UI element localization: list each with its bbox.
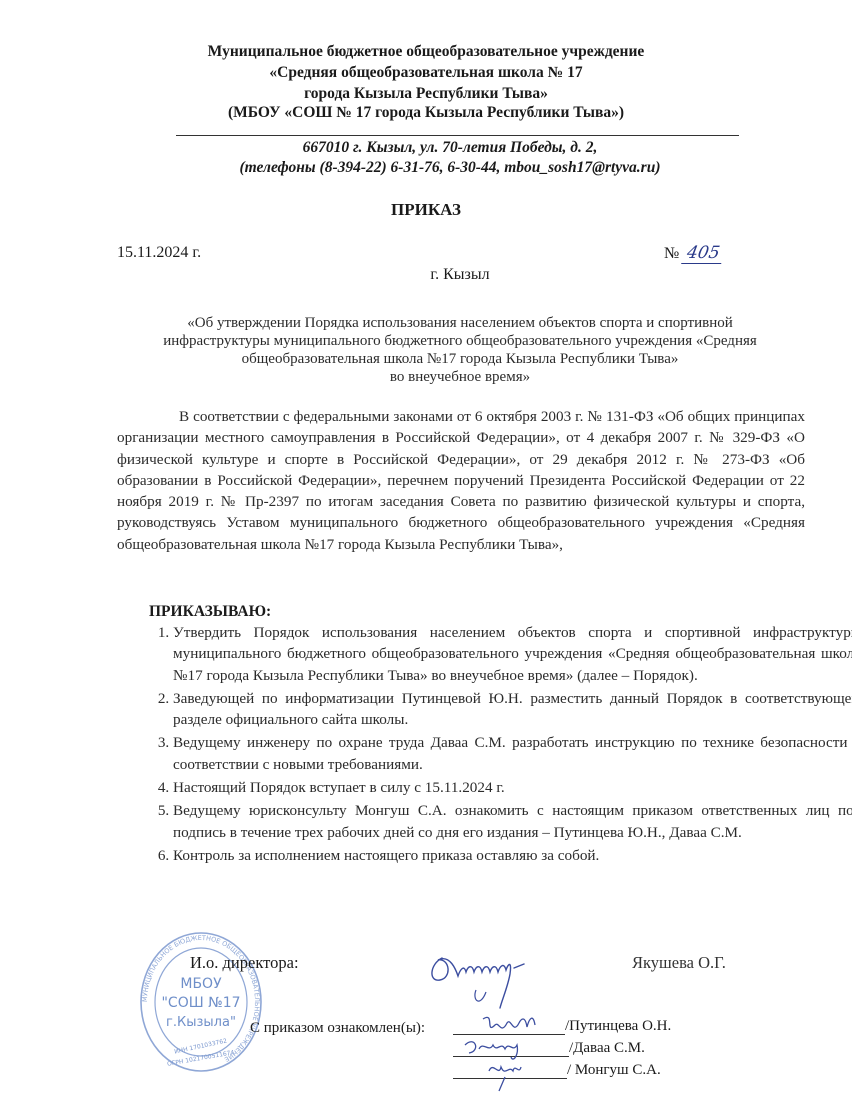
org-name-line2: «Средняя общеобразовательная школа № 17 [0, 62, 852, 83]
number-value: 405 [681, 243, 725, 264]
number-label: № [664, 245, 679, 262]
document-title: ПРИКАЗ [0, 200, 852, 220]
official-stamp-icon: МУНИЦИПАЛЬНОЕ БЮДЖЕТНОЕ ОБЩЕОБРАЗОВАТЕЛЬ… [138, 930, 264, 1074]
acknowledged-person: /Путинцева О.Н. [565, 1018, 671, 1035]
order-item: Контроль за исполнением настоящего прика… [173, 845, 852, 866]
order-number: № 405 [664, 243, 724, 264]
org-name-line3: города Кызыла Республики Тыва» [0, 83, 852, 104]
stamp-line2: "СОШ №17 [161, 995, 240, 1011]
preamble-text: В соответствии с федеральными законами о… [117, 406, 805, 555]
order-date: 15.11.2024 г. [117, 244, 201, 262]
acknowledgement-signatures-icon [455, 1005, 575, 1095]
org-short-name: (МБОУ «СОШ № 17 города Кызыла Республики… [0, 102, 852, 123]
acknowledged-person: / Монгуш С.А. [567, 1062, 661, 1079]
order-city: г. Кызыл [0, 266, 852, 284]
contacts-line: (телефоны (8-394-22) 6-31-76, 6-30-44, m… [0, 157, 852, 178]
org-name-line1: Муниципальное бюджетное общеобразователь… [0, 41, 852, 62]
order-item: Настоящий Порядок вступает в силу с 15.1… [173, 777, 852, 798]
order-item: Ведущему юрисконсульту Монгуш С.А. ознак… [173, 800, 852, 843]
subject-line: во внеучебное время» [115, 368, 805, 386]
order-heading: ПРИКАЗЫВАЮ: [149, 603, 271, 621]
signatory-name: Якушева О.Г. [632, 953, 726, 973]
order-item: Утвердить Порядок использования населени… [173, 622, 852, 686]
stamp-line1: МБОУ [180, 976, 222, 992]
subject-line: общеобразовательная школа №17 города Кыз… [115, 350, 805, 368]
acknowledged-person: /Даваа С.М. [569, 1040, 645, 1057]
address-line: 667010 г. Кызыл, ул. 70-летия Победы, д.… [0, 137, 852, 158]
order-subject: «Об утверждении Порядка использования на… [115, 314, 805, 386]
subject-line: инфраструктуры муниципального бюджетного… [115, 332, 805, 350]
order-item: Ведущему инженеру по охране труда Даваа … [173, 732, 852, 775]
order-items: Утвердить Порядок использования населени… [117, 622, 852, 868]
preamble: В соответствии с федеральными законами о… [117, 406, 805, 555]
signatory-role: И.о. директора: [190, 953, 299, 973]
subject-line: «Об утверждении Порядка использования на… [115, 314, 805, 332]
director-signature-icon [420, 930, 570, 1010]
acknowledgement-label: С приказом ознакомлен(ы): [250, 1020, 425, 1037]
order-item: Заведующей по информатизации Путинцевой … [173, 688, 852, 731]
header-divider [176, 135, 739, 136]
stamp-line3: г.Кызыла" [166, 1015, 236, 1030]
